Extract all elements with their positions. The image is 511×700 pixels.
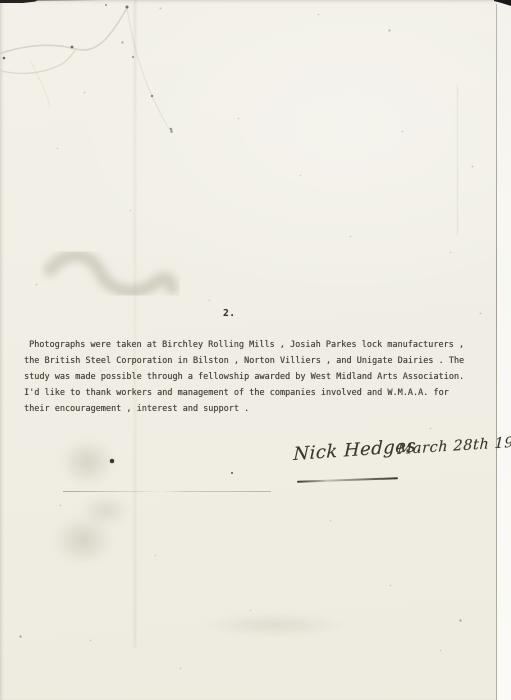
scanned-document-page: 2. Photographs were taken at Birchley Ro… bbox=[0, 0, 511, 700]
paragraph-line: their encouragement , interest and suppo… bbox=[24, 401, 480, 417]
ghost-smudge bbox=[200, 613, 350, 637]
paper-specks-dark bbox=[0, 0, 1, 1]
vertical-fold-line bbox=[134, 0, 136, 648]
ink-dot bbox=[110, 459, 114, 463]
paper-edge-strip bbox=[497, 0, 511, 700]
paragraph-line: Photographs were taken at Birchley Rolli… bbox=[24, 337, 480, 353]
signature-underline bbox=[297, 477, 398, 483]
ghost-smudge-squiggle bbox=[40, 228, 180, 323]
faint-hairline-mark bbox=[63, 491, 271, 492]
paragraph-line: the British Steel Corporation in Bilston… bbox=[24, 353, 480, 369]
paper-edge-line bbox=[496, 4, 497, 700]
ghost-smudge bbox=[60, 438, 115, 486]
paragraph-line: I'd like to thank workers and management… bbox=[24, 385, 480, 401]
corner-crease-marks bbox=[0, 0, 200, 160]
ghost-smudge bbox=[80, 494, 130, 528]
paragraph-line: study was made possible through a fellow… bbox=[24, 369, 480, 385]
page-number: 2. bbox=[223, 308, 235, 319]
body-paragraph: Photographs were taken at Birchley Rolli… bbox=[24, 337, 480, 417]
ink-dot bbox=[231, 472, 233, 474]
vertical-fold-line bbox=[457, 85, 458, 235]
